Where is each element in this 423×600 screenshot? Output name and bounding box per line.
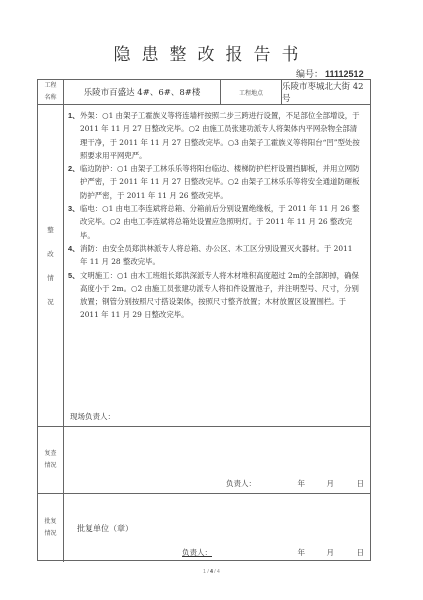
project-location-value: 乐陵市枣城北大街 42 号 xyxy=(282,80,370,104)
rectification-item: 2、 临边防护：○1 由架子工林乐乐等将阳台临边、楼梯防护栏杆设置挡脚板，并用立… xyxy=(68,162,362,202)
approval-month-label: 月 xyxy=(327,547,335,558)
review-signature-line: 负责人： 年 月 日 xyxy=(64,478,370,490)
review-row: 复查情况 负责人： 年 月 日 xyxy=(38,427,370,494)
item-index: 2、 xyxy=(68,162,80,202)
approval-signature-line: 负责人： 年 月 日 xyxy=(64,547,370,559)
approval-day-label: 日 xyxy=(357,547,365,558)
page-current: 4 xyxy=(210,569,213,575)
approval-year-label: 年 xyxy=(298,547,306,558)
project-info-row: 工程名称 乐陵市百盛达 4#、6#、8#楼 工程地点 乐陵市枣城北大街 42 号 xyxy=(38,80,370,105)
rectification-item: 1、 外架：○1 由架子工霍族义等将连墙杆按照二步三跨进行设置，不足部位全部增设… xyxy=(68,109,362,162)
review-label: 复查情况 xyxy=(38,427,64,493)
approval-unit-label: 批复单位（章） xyxy=(77,523,133,534)
serial-value: 11112512 xyxy=(325,69,364,79)
project-name-label: 工程名称 xyxy=(38,80,64,104)
item-index: 1、 xyxy=(68,109,80,162)
rectification-item: 5、 文明施工：○1 由木工班组长郑洪深派专人将木材堆积高度超过 2m的全部卸掉… xyxy=(68,269,362,322)
page-indicator: 1 / 4 / 4 xyxy=(0,569,423,575)
item-text: 外架：○1 由架子工霍族义等将连墙杆按照二步三跨进行设置，不足部位全部增设，于 … xyxy=(80,109,362,162)
item-index: 4、 xyxy=(68,242,80,269)
rectification-row: 整 改 情 况 1、 外架：○1 由架子工霍族义等将连墙杆按照二步三跨进行设置，… xyxy=(38,105,370,427)
rectification-item: 4、 消防：由安全员郑洪林派专人将总箱、办公区、木工区分别设置灭火器材。于 20… xyxy=(68,242,362,269)
item-text: 文明施工：○1 由木工班组长郑洪深派专人将木材堆积高度超过 2m的全部卸掉，确保… xyxy=(80,269,362,322)
review-year-label: 年 xyxy=(298,478,306,489)
rectification-label-char: 整 xyxy=(47,218,54,242)
approval-label: 批复情况 xyxy=(38,494,64,562)
site-lead-label: 现场负责人： xyxy=(70,410,115,423)
item-index: 5、 xyxy=(68,269,80,322)
approval-row: 批复情况 批复单位（章） 负责人： 年 月 日 xyxy=(38,494,370,562)
rectification-label-char: 情 xyxy=(47,266,54,290)
project-location-label: 工程地点 xyxy=(221,80,282,104)
review-person-label: 负责人： xyxy=(226,478,256,489)
rectification-label-char: 改 xyxy=(47,242,54,266)
project-name-value: 乐陵市百盛达 4#、6#、8#楼 xyxy=(64,80,221,104)
approval-person-label: 负责人： xyxy=(182,547,212,558)
rectification-label-char: 况 xyxy=(47,290,54,314)
rectification-form: 工程名称 乐陵市百盛达 4#、6#、8#楼 工程地点 乐陵市枣城北大街 42 号… xyxy=(37,79,371,561)
item-text: 临电：○1 由电工李连斌将总箱、分箱前后分别设置绝缘板，于 2011 年 11 … xyxy=(80,202,362,242)
item-index: 3、 xyxy=(68,202,80,242)
rectification-item: 3、 临电：○1 由电工李连斌将总箱、分箱前后分别设置绝缘板，于 2011 年 … xyxy=(68,202,362,242)
rectification-label: 整 改 情 况 xyxy=(38,105,64,426)
item-text: 消防：由安全员郑洪林派专人将总箱、办公区、木工区分别设置灭火器材。于 2011 … xyxy=(80,242,362,269)
rectification-content: 1、 外架：○1 由架子工霍族义等将连墙杆按照二步三跨进行设置，不足部位全部增设… xyxy=(64,105,370,426)
item-text: 临边防护：○1 由架子工林乐乐等将阳台临边、楼梯防护栏杆设置挡脚板，并用立网防护… xyxy=(80,162,362,202)
document-title: 隐患整改报告书 xyxy=(0,40,423,65)
review-day-label: 日 xyxy=(357,478,365,489)
page-prefix: 1 / xyxy=(203,569,209,575)
page-suffix: / 4 xyxy=(214,569,220,575)
review-month-label: 月 xyxy=(327,478,335,489)
